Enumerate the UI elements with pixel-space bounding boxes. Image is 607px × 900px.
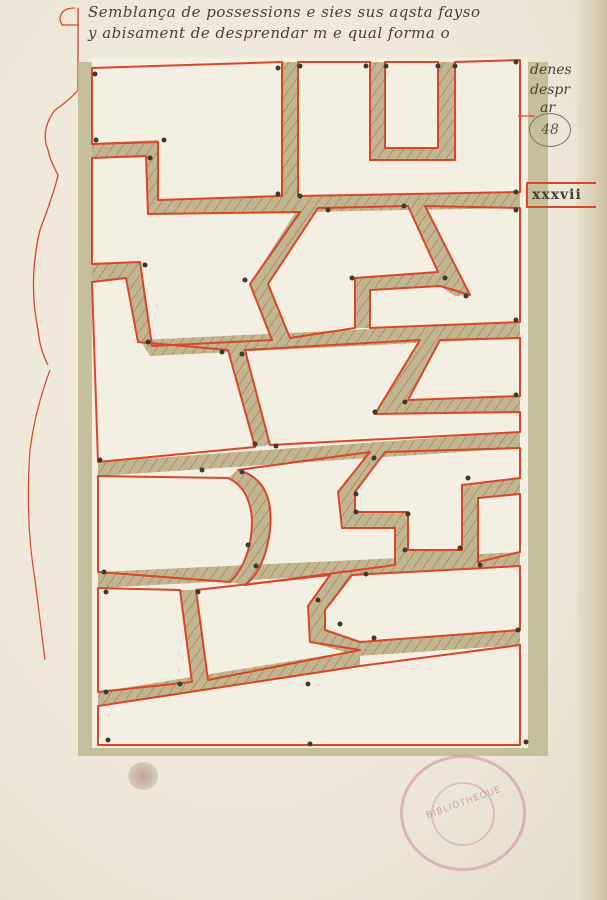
margin-note-1: denes (530, 62, 572, 78)
margin-note-2: despr (530, 82, 570, 98)
heading-line-2: y abisament de desprendar m e qual forma… (88, 23, 607, 44)
ink-stain (128, 762, 158, 790)
heading-text: Semblança de possessions e sies sus aqst… (88, 2, 607, 44)
margin-flourish (33, 8, 78, 365)
maze-figure (0, 0, 607, 900)
library-stamp: BIBLIOTHEQUE (400, 755, 526, 871)
folio-number: 48 (529, 113, 571, 147)
heading-line-1: Semblança de possessions e sies sus aqst… (88, 2, 607, 23)
roman-numeral-box: xxxvii (526, 182, 596, 208)
